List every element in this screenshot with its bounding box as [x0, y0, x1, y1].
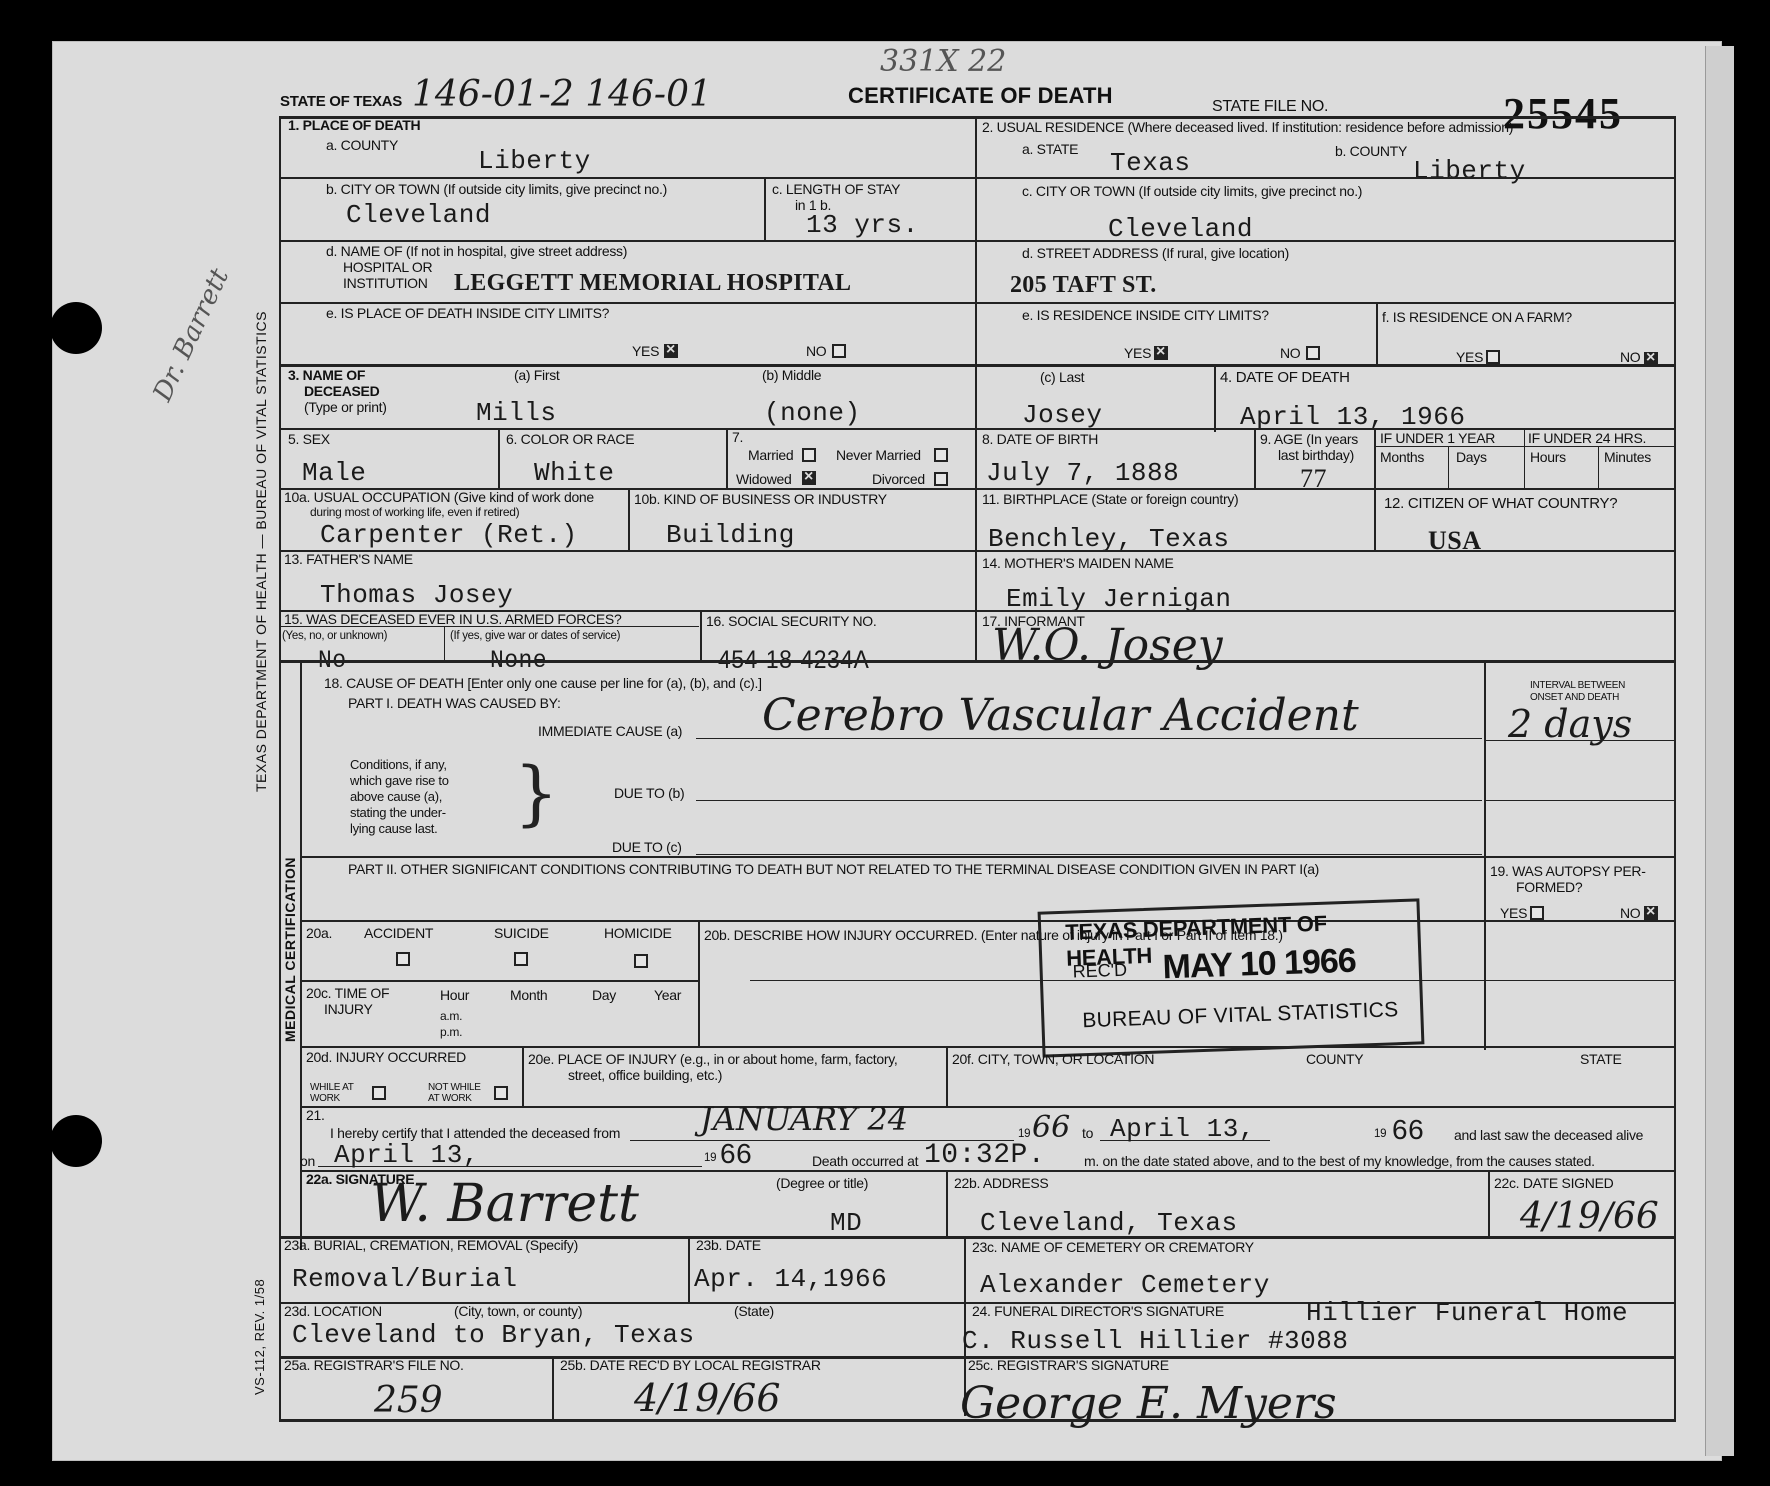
autopsy-no-checkbox[interactable] — [1644, 906, 1658, 920]
informant-signature: W.O. Josey — [992, 620, 1223, 671]
farm-label: f. IS RESIDENCE ON A FARM? — [1382, 310, 1572, 325]
race-value: White — [534, 458, 615, 488]
department-vertical-text: TEXAS DEPARTMENT OF HEALTH — BUREAU OF V… — [253, 311, 269, 792]
widowed-label: Widowed — [736, 472, 791, 487]
business-value: Building — [666, 520, 795, 550]
received-stamp: TEXAS DEPARTMENT OF HEALTH REC'D MAY 10 … — [1038, 898, 1425, 1057]
divorced-label: Divorced — [872, 472, 925, 487]
center-divider — [975, 116, 977, 662]
pod-county-label: a. COUNTY — [326, 138, 398, 153]
interval-divider — [1484, 660, 1486, 1050]
res-county-label: b. COUNTY — [1335, 144, 1407, 159]
citizen-divider — [1374, 488, 1376, 552]
under-year-divider — [1374, 428, 1376, 490]
certificate-title: CERTIFICATE OF DEATH — [848, 83, 1113, 109]
dob-label: 8. DATE OF BIRTH — [982, 432, 1098, 447]
injury-divider — [698, 920, 700, 1046]
age-label-2: last birthday) — [1278, 448, 1354, 463]
row-divider — [300, 1046, 1676, 1048]
dod-divider — [1214, 364, 1216, 432]
autopsy-yes-checkbox[interactable] — [1530, 906, 1544, 920]
mother-label: 14. MOTHER'S MAIDEN NAME — [982, 556, 1174, 571]
name-label: 3. NAME OF — [288, 368, 365, 383]
father-value: Thomas Josey — [320, 580, 513, 610]
immediate-cause-label: IMMEDIATE CAUSE (a) — [538, 724, 682, 739]
col-divider — [1598, 446, 1599, 490]
pod-inside-city-no-checkbox[interactable] — [832, 344, 846, 358]
farm-yes-checkbox[interactable] — [1486, 350, 1500, 364]
cemetery-value: Alexander Cemetery — [980, 1270, 1270, 1300]
married-checkbox[interactable] — [802, 448, 816, 462]
frame-left — [279, 116, 281, 1421]
day-label: Day — [592, 988, 616, 1003]
autopsy-label: 19. WAS AUTOPSY PER- — [1490, 864, 1646, 879]
occupation-label-2: during most of working life, even if ret… — [310, 506, 519, 519]
part1-label: PART I. DEATH WAS CAUSED BY: — [348, 696, 561, 711]
registrar-file-value: 259 — [374, 1380, 443, 1421]
widowed-checkbox[interactable] — [802, 471, 816, 485]
usual-residence-label: 2. USUAL RESIDENCE (Where deceased lived… — [982, 120, 1513, 135]
last-seen-value: April 13, — [334, 1140, 479, 1170]
to-label: to — [1082, 1126, 1093, 1141]
not-while-at-work-label: NOT WHILE AT WORK — [428, 1082, 488, 1104]
accident-label: ACCIDENT — [364, 926, 433, 941]
res-street-value: 205 TAFT ST. — [1010, 272, 1157, 299]
due-to-c-label: DUE TO (c) — [612, 840, 682, 855]
hours-label: Hours — [1530, 450, 1566, 465]
registrar-date-value: 4/19/66 — [634, 1376, 781, 1420]
row-divider — [279, 177, 1676, 179]
row-divider — [300, 1170, 1676, 1172]
armed-sub-line — [279, 626, 699, 627]
res-inside-city-no-checkbox[interactable] — [1306, 346, 1320, 360]
punch-hole-bottom — [50, 1115, 102, 1167]
medical-certification-vertical-text: MEDICAL CERTIFICATION — [282, 857, 298, 1042]
pm-label: p.m. — [440, 1026, 462, 1039]
row-divider — [300, 856, 1676, 858]
homicide-checkbox[interactable] — [634, 954, 648, 968]
stamp-bureau: BUREAU OF VITAL STATISTICS — [1082, 998, 1399, 1033]
last-name-label: (c) Last — [1040, 370, 1084, 385]
homicide-label: HOMICIDE — [604, 926, 672, 941]
marital-label: 7. — [732, 430, 743, 445]
under-24-hrs-label: IF UNDER 24 HRS. — [1528, 431, 1646, 446]
dob-value: July 7, 1888 — [986, 458, 1179, 488]
sex-value: Male — [302, 458, 366, 488]
while-at-work-label: WHILE AT WORK — [310, 1082, 362, 1104]
business-label: 10b. KIND OF BUSINESS OR INDUSTRY — [634, 492, 887, 507]
res-street-label: d. STREET ADDRESS (If rural, give locati… — [1022, 246, 1289, 261]
row-divider — [279, 240, 1676, 242]
degree-value: MD — [830, 1208, 862, 1238]
pod-no-label: NO — [806, 344, 826, 359]
conditions-text-line: Conditions, if any, — [350, 758, 447, 772]
death-occurred-label: Death occurred at — [812, 1154, 918, 1169]
pod-city-value: Cleveland — [346, 200, 491, 230]
address-value: Cleveland, Texas — [980, 1208, 1238, 1238]
res-inside-city-yes-checkbox[interactable] — [1154, 346, 1168, 360]
col-divider — [1524, 428, 1525, 490]
burial-date-label: 23b. DATE — [696, 1238, 761, 1253]
age-label: 9. AGE (In years — [1260, 432, 1358, 447]
certify-end-text: m. on the date stated above, and to the … — [1084, 1154, 1595, 1169]
frame-right — [1674, 116, 1676, 1421]
death-time-value: 10:32P. — [924, 1140, 1045, 1171]
injury-location-label: 20f. CITY, TOWN, OR LOCATION — [952, 1052, 1154, 1067]
state-sub-label: (State) — [734, 1304, 774, 1319]
burial-date-value: Apr. 14,1966 — [694, 1264, 887, 1294]
address-divider — [946, 1170, 948, 1238]
time-of-injury-label: 20c. TIME OF — [306, 986, 389, 1001]
certification-number: 21. — [306, 1108, 325, 1123]
hospital-label-3: INSTITUTION — [343, 276, 428, 291]
res-state-value: Texas — [1110, 148, 1191, 178]
burial-location-label: 23d. LOCATION — [284, 1304, 382, 1319]
armed-sub-label-2: (If yes, give war or dates of service) — [450, 630, 620, 643]
funeral-director-label: 24. FUNERAL DIRECTOR'S SIGNATURE — [972, 1304, 1224, 1319]
never-married-checkbox[interactable] — [934, 448, 948, 462]
conditions-text-line: stating the under- — [350, 806, 446, 820]
interval-line — [1486, 800, 1676, 801]
age-divider — [1254, 428, 1256, 490]
pod-county-value: Liberty — [478, 146, 591, 176]
row-divider — [279, 660, 1676, 663]
stay-value: 13 yrs. — [806, 210, 919, 240]
row-divider — [279, 550, 1676, 552]
injury-type-label: 20a. — [306, 926, 332, 941]
date-signed-label: 22c. DATE SIGNED — [1494, 1176, 1613, 1191]
injury-county-label: COUNTY — [1306, 1052, 1363, 1067]
year-prefix: 19 — [704, 1152, 716, 1165]
race-label: 6. COLOR OR RACE — [506, 432, 634, 447]
last-saw-text: and last saw the deceased alive — [1454, 1128, 1643, 1143]
immediate-cause-value: Cerebro Vascular Accident — [762, 690, 1359, 741]
res-no-label: NO — [1280, 346, 1300, 361]
pod-inside-city-label: e. IS PLACE OF DEATH INSIDE CITY LIMITS? — [326, 306, 609, 321]
degree-label: (Degree or title) — [776, 1176, 868, 1191]
res-inside-city-label: e. IS RESIDENCE INSIDE CITY LIMITS? — [1022, 308, 1269, 323]
marital-divider — [726, 428, 728, 490]
citizen-label: 12. CITIZEN OF WHAT COUNTRY? — [1384, 496, 1617, 513]
physician-signature: W. Barrett — [370, 1174, 639, 1234]
registrar-signature-label: 25c. REGISTRAR'S SIGNATURE — [968, 1358, 1169, 1373]
last-seen-year-value: 66 — [720, 1138, 752, 1170]
months-label: Months — [1380, 450, 1424, 465]
handwritten-codes: 146-01-2 146-01 — [412, 74, 712, 115]
due-to-b-line — [696, 800, 1482, 801]
row-divider — [300, 980, 698, 982]
farm-divider — [1376, 302, 1378, 366]
occupation-value: Carpenter (Ret.) — [320, 520, 578, 550]
res-city-label: c. CITY OR TOWN (If outside city limits,… — [1022, 184, 1362, 199]
stacked-page-edges — [1705, 46, 1734, 1456]
row-divider — [279, 364, 1676, 367]
middle-name-label: (b) Middle — [762, 368, 821, 383]
hospital-label-2: HOSPITAL OR — [343, 260, 432, 275]
armed-sub-divider — [444, 626, 445, 662]
minutes-label: Minutes — [1604, 450, 1651, 465]
to-year-value: 66 — [1392, 1114, 1424, 1146]
registrar-date-label: 25b. DATE REC'D BY LOCAL REGISTRAR — [560, 1358, 821, 1373]
father-label: 13. FATHER'S NAME — [284, 552, 413, 567]
burial-date-divider — [688, 1236, 690, 1304]
state-file-label: STATE FILE NO. — [1212, 98, 1328, 116]
cause-of-death-label: 18. CAUSE OF DEATH [Enter only one cause… — [324, 676, 762, 691]
sex-label: 5. SEX — [288, 432, 330, 447]
hospital-label: d. NAME OF (If not in hospital, give str… — [326, 244, 627, 259]
injury-state-label: STATE — [1580, 1052, 1622, 1067]
name-label-2: DECEASED — [304, 384, 379, 399]
month-label: Month — [510, 988, 547, 1003]
form-code: VS-112, REV. 1/58 — [252, 1279, 267, 1395]
row-divider — [300, 920, 1676, 922]
stamp-date: MAY 10 1966 — [1162, 942, 1356, 988]
name-label-3: (Type or print) — [304, 400, 387, 415]
cemetery-label: 23c. NAME OF CEMETERY OR CREMATORY — [972, 1240, 1254, 1255]
occupation-label: 10a. USUAL OCCUPATION (Give kind of work… — [284, 490, 594, 505]
due-to-c-line — [696, 854, 1482, 855]
date-signed-divider — [1488, 1170, 1490, 1238]
place-of-injury-label-2: street, office building, etc.) — [568, 1068, 722, 1083]
accident-checkbox[interactable] — [396, 952, 410, 966]
date-signed-value: 4/19/66 — [1520, 1196, 1659, 1237]
not-while-at-work-checkbox[interactable] — [494, 1086, 508, 1100]
registrar-signature: George E. Myers — [960, 1378, 1337, 1429]
ssn-divider — [700, 610, 702, 662]
middle-name-value: (none) — [764, 398, 861, 428]
hour-label: Hour — [440, 988, 469, 1003]
business-divider — [628, 488, 630, 552]
handwritten-top-code: 331X 22 — [880, 44, 1006, 79]
conditions-text-line: above cause (a), — [350, 790, 442, 804]
race-divider — [498, 428, 500, 490]
interval-label: INTERVAL BETWEEN — [1530, 680, 1625, 691]
year-prefix: 19 — [1374, 1128, 1386, 1141]
part2-label: PART II. OTHER SIGNIFICANT CONDITIONS CO… — [348, 862, 1319, 877]
res-yes-label: YES — [1124, 346, 1151, 361]
registrar-date-divider — [552, 1356, 554, 1420]
suicide-label: SUICIDE — [494, 926, 549, 941]
address-label: 22b. ADDRESS — [954, 1176, 1048, 1191]
on-label: on — [300, 1154, 315, 1169]
burial-type-value: Removal/Burial — [292, 1264, 517, 1294]
state-of-texas-label: STATE OF TEXAS — [280, 94, 402, 111]
while-at-work-checkbox[interactable] — [372, 1086, 386, 1100]
year-label: Year — [654, 988, 681, 1003]
location-sub-label: (City, town, or county) — [454, 1304, 582, 1319]
first-name-value: Mills — [476, 398, 557, 428]
place-of-death-label: 1. PLACE OF DEATH — [288, 118, 420, 133]
state-file-number: 25545 — [1503, 88, 1623, 139]
time-of-injury-label-2: INJURY — [324, 1002, 373, 1017]
hospital-value: LEGGETT MEMORIAL HOSPITAL — [454, 270, 851, 297]
conditions-text-line: lying cause last. — [350, 822, 437, 836]
row-divider — [300, 1106, 1676, 1108]
never-married-label: Never Married — [836, 448, 921, 463]
funeral-director-value: C. Russell Hillier #3088 — [962, 1326, 1348, 1356]
conditions-text-line: which gave rise to — [350, 774, 449, 788]
date-of-death-label: 4. DATE OF DEATH — [1220, 370, 1350, 387]
injury-occurred-label: 20d. INJURY OCCURRED — [306, 1050, 466, 1065]
col-divider — [1448, 446, 1449, 490]
suicide-checkbox[interactable] — [514, 952, 528, 966]
armed-sub-label-1: (Yes, no, or unknown) — [282, 630, 387, 643]
pod-city-label: b. CITY OR TOWN (If outside city limits,… — [326, 182, 667, 197]
location-divider — [946, 1046, 948, 1108]
burial-type-label: 23a. BURIAL, CREMATION, REMOVAL (Specify… — [284, 1238, 578, 1253]
burial-location-value: Cleveland to Bryan, Texas — [292, 1320, 695, 1350]
stay-label: c. LENGTH OF STAY — [772, 182, 900, 197]
married-label: Married — [748, 448, 793, 463]
place-divider — [522, 1046, 524, 1108]
last-name-value: Josey — [1022, 400, 1103, 430]
stamp-recd: REC'D — [1072, 960, 1127, 983]
funeral-home-value: Hillier Funeral Home — [1306, 1298, 1628, 1328]
interval-line — [1486, 740, 1676, 741]
autopsy-label-2: FORMED? — [1516, 880, 1582, 895]
am-label: a.m. — [440, 1010, 462, 1023]
pod-yes-label: YES — [632, 344, 659, 359]
registrar-file-label: 25a. REGISTRAR'S FILE NO. — [284, 1358, 464, 1373]
birthplace-label: 11. BIRTHPLACE (State or foreign country… — [982, 492, 1238, 507]
res-county-value: Liberty — [1413, 156, 1526, 186]
punch-hole-top — [50, 302, 102, 354]
year-prefix: 19 — [1018, 1128, 1030, 1141]
divorced-checkbox[interactable] — [934, 472, 948, 486]
due-to-b-label: DUE TO (b) — [614, 786, 684, 801]
stay-divider — [764, 177, 766, 241]
under-1-year-label: IF UNDER 1 YEAR — [1380, 431, 1495, 446]
from-date-value: JANUARY 24 — [700, 1100, 908, 1138]
res-state-label: a. STATE — [1022, 142, 1078, 157]
first-name-label: (a) First — [514, 368, 560, 383]
pod-inside-city-yes-checkbox[interactable] — [664, 344, 678, 358]
to-date-value: April 13, — [1110, 1114, 1255, 1144]
place-of-injury-label: 20e. PLACE OF INJURY (e.g., in or about … — [528, 1052, 898, 1067]
conditions-brace: } — [514, 752, 559, 834]
row-divider — [279, 302, 1676, 304]
ssn-label: 16. SOCIAL SECURITY NO. — [706, 614, 877, 629]
days-label: Days — [1456, 450, 1487, 465]
